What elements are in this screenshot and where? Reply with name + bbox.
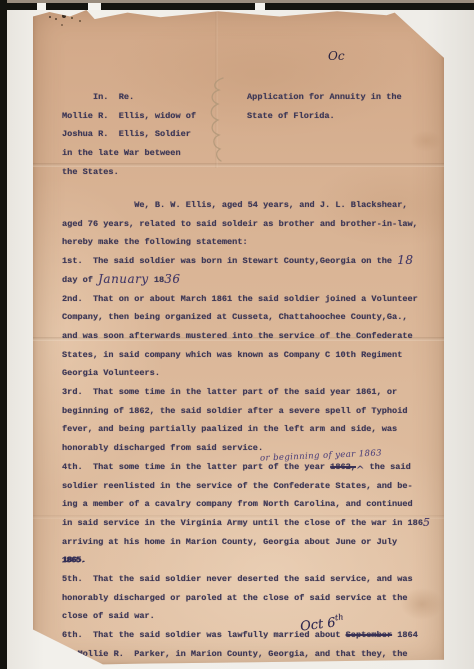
body-lines: We, B. W. Ellis, aged 54 years, and J. L…	[62, 196, 431, 664]
typed-line: 1865.	[62, 551, 431, 570]
handwritten-text: 5	[423, 516, 431, 529]
typed-text: State of Florida.	[247, 111, 335, 121]
typed-line: day of January 1836	[62, 271, 431, 290]
header-right-block: Application for Annuity in theState of F…	[247, 88, 402, 125]
typed-text: Application for Annuity in the	[247, 92, 402, 102]
stain	[403, 126, 449, 156]
caption-line: Joshua R. Ellis, Soldier	[62, 125, 196, 144]
typed-text: hereby make the following statement:	[62, 237, 248, 247]
typed-line: and was soon afterwards mustered into th…	[62, 327, 431, 346]
caption-line: Application for Annuity in the	[247, 88, 402, 107]
typed-line: We, B. W. Ellis, aged 54 years, and J. L…	[62, 196, 431, 215]
handwritten-oc-mark: Oc	[328, 50, 345, 62]
caption-line: the States.	[62, 163, 196, 182]
typed-line: honorably discharged or paroled at the c…	[62, 589, 431, 608]
typed-text: Mollie R. Ellis, widow of	[62, 111, 196, 121]
typed-text: in the late War between	[62, 148, 181, 158]
typed-line: soldier reenlisted in the service of the…	[62, 477, 431, 496]
aged-paper-sheet: Oc In. Re.Mollie R. Ellis, widow ofJoshu…	[33, 8, 444, 665]
typed-text: honorably discharged from said service.	[62, 443, 263, 453]
typed-text: aged 76 years, related to said soldeir a…	[62, 219, 418, 229]
caption-line: in the late War between	[62, 144, 196, 163]
typed-text: 18	[149, 275, 164, 285]
typed-line: close of said war.	[62, 607, 431, 626]
typed-text: arriving at his home in Marion County, G…	[62, 537, 397, 547]
typed-line: aged 76 years, related to said soldeir a…	[62, 215, 431, 234]
typed-text: 1st. The said soldier was born in Stewar…	[62, 256, 397, 266]
typed-line: 4th. That some time in the latter part o…	[62, 458, 431, 477]
typed-text: 1864	[392, 630, 418, 640]
typed-text: close of said war.	[62, 611, 155, 621]
scan-edge-strip	[0, 0, 474, 3]
typed-text: fever, and being partially paalized in t…	[62, 424, 397, 434]
typed-text: to Mollie R. Parker, in Marion County, G…	[62, 649, 408, 659]
struck-typed-text: September	[346, 630, 392, 640]
struck-typed-text: 1862,	[330, 462, 356, 472]
typed-text: Joshua R. Ellis, Soldier	[62, 129, 191, 139]
typed-text: ing a member of a cavalry company from N…	[62, 499, 413, 509]
caption-line: Mollie R. Ellis, widow of	[62, 107, 196, 126]
typed-line: ing a member of a cavalry company from N…	[62, 495, 431, 514]
typed-line: 3rd. That some time in the latter part o…	[62, 383, 431, 402]
typed-line: fever, and being partially paalized in t…	[62, 420, 431, 439]
typed-text: Georgia Volunteers.	[62, 368, 160, 378]
typed-text: 2nd. That on or about March 1861 the sai…	[62, 294, 418, 304]
handwritten-text: 18	[397, 253, 413, 267]
handwritten-text: 36	[164, 272, 180, 286]
typed-line: 2nd. That on or about March 1861 the sai…	[62, 290, 431, 309]
typed-text: We, B. W. Ellis, aged 54 years, and J. L…	[62, 200, 408, 210]
typed-text: In. Re.	[62, 92, 134, 102]
typed-text: and was soon afterwards mustered into th…	[62, 331, 413, 341]
typed-line: beginning of 1862, the said soldier afte…	[62, 402, 431, 421]
typed-text: States, in said company which was known …	[62, 350, 402, 360]
caption-line: State of Florida.	[247, 107, 402, 126]
handwritten-text: January	[98, 272, 149, 286]
typed-line: in said service in the Virginia Army unt…	[62, 514, 431, 533]
document-scan: Oc In. Re.Mollie R. Ellis, widow ofJoshu…	[0, 0, 474, 669]
paper-tear-gap	[255, 3, 265, 10]
handwritten-text: ^	[356, 465, 364, 476]
typed-line: States, in said company which was known …	[62, 346, 431, 365]
typed-text: honorably discharged or paroled at the c…	[62, 593, 408, 603]
typed-line: 1st. The said soldier was born in Stewar…	[62, 252, 431, 271]
typed-text: day of	[62, 275, 98, 285]
scan-border-left	[0, 0, 7, 669]
ink-specks	[49, 16, 51, 18]
typed-line: hereby make the following statement:	[62, 233, 431, 252]
typed-text: in said service in the Virginia Army unt…	[62, 518, 423, 528]
header-left-block: In. Re.Mollie R. Ellis, widow ofJoshua R…	[62, 88, 196, 182]
typed-text: the States.	[62, 167, 119, 177]
typed-text: 4th. That some time in the latter part o…	[62, 462, 330, 472]
typed-text: 3rd. That some time in the latter part o…	[62, 387, 397, 397]
oct-note-sup: th	[334, 612, 343, 622]
typed-line: Company, then being organized at Cusseta…	[62, 308, 431, 327]
typed-line: arriving at his home in Marion County, G…	[62, 533, 431, 552]
typed-line: 5th. That the said soldier never deserte…	[62, 570, 431, 589]
typed-text: the said	[364, 462, 410, 472]
paper-tear-gap	[37, 3, 46, 10]
typed-text: soldier reenlisted in the service of the…	[62, 481, 413, 491]
typed-text: 5th. That the said soldier never deserte…	[62, 574, 413, 584]
handwritten-text: 1865.	[62, 555, 85, 565]
typed-line: 6th. That the said soldier was lawfully …	[62, 626, 431, 645]
typed-line: Georgia Volunteers.	[62, 364, 431, 383]
typed-text: beginning of 1862, the said soldier afte…	[62, 406, 408, 416]
caption-line: In. Re.	[62, 88, 196, 107]
typed-text: Company, then being organized at Cusseta…	[62, 312, 408, 322]
handwritten-brace-squiggle	[205, 76, 235, 168]
paper-tear-gap	[88, 3, 101, 10]
